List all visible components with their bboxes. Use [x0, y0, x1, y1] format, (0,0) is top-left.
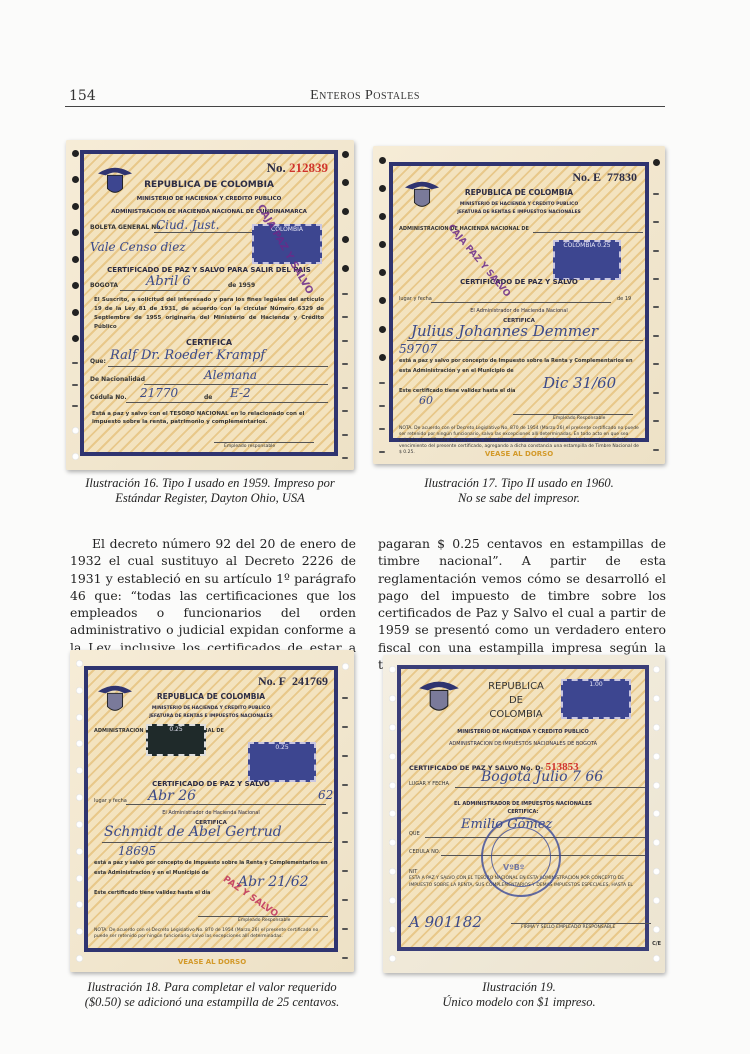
handwritten-validity: Dic 31/60 [543, 374, 616, 392]
office-line: ADMINISTRACION DE HACIENDA NACIONAL DE C… [84, 209, 334, 215]
certificate-image-16: No. 212839 REPUBLICA DE COLOMBIA MINISTE… [66, 140, 354, 470]
body-text-right: pagaran $ 0.25 centavos en estampillas d… [378, 535, 666, 673]
administrator-line: El Administrador de Hacienda Nacional [393, 308, 645, 314]
perforation-left [375, 146, 389, 464]
caption-18: Ilustración 18. Para completar el valor … [66, 980, 358, 1010]
certifica-heading: CERTIFICA [84, 338, 334, 347]
printed-stamp: 1.00 [561, 679, 631, 719]
que-label: QUE [409, 831, 420, 837]
page-header: 154 Enteros Postales [65, 86, 665, 106]
certificate-image-17: No. E 77830 REPUBLICA DE COLOMBIA MINIST… [373, 146, 665, 464]
handwritten-name: Schmidt de Abel Gertrud [104, 824, 282, 840]
handwritten-year: 62 [318, 788, 333, 802]
handwritten-date: Bogotá Julio 7 66 [481, 769, 603, 785]
certificate-image-18: No. F 241769 REPUBLICA DE COLOMBIA MINIS… [70, 650, 354, 972]
perforation-right [338, 650, 352, 972]
signature-label: Empleado Responsable [553, 416, 605, 422]
republic-title: REPUBLICA DE COLOMBIA [84, 180, 334, 190]
de-label: de [204, 394, 212, 401]
printed-stamp: COLOMBIA 0.25 [553, 240, 621, 280]
caption-line: Ilustración 17. Tipo II usado en 1960. [373, 476, 665, 491]
handwritten-number: 59707 [399, 342, 437, 356]
certificate-image-19: REPUBLICA DE COLOMBIA 1.00 MINISTERIO DE… [383, 655, 665, 973]
handwritten-nationality: Alemana [204, 368, 257, 382]
office-line: JEFATURA DE RENTAS E IMPUESTOS NACIONALE… [88, 714, 334, 719]
signature-label: Empleado Responsable [238, 918, 290, 924]
republic-title: REPUBLICA [471, 681, 561, 692]
legal-text: El Suscrito, a solicitud del interesado … [94, 296, 324, 332]
caption-line: Ilustración 16. Tipo I usado en 1959. Im… [66, 476, 354, 491]
ministry-line: MINISTERIO DE HACIENDA Y CREDITO PUBLICO [401, 729, 645, 735]
caption-line: Ilustración 19. [373, 980, 665, 995]
corner-mark: C/E [652, 941, 661, 947]
perforation-right [649, 146, 663, 464]
certificate-title: CERTIFICADO DE PAZ Y SALVO [393, 278, 645, 286]
caption-17: Ilustración 17. Tipo II usado en 1960. N… [373, 476, 665, 506]
administrator-line: El Administrador de Hacienda Nacional [88, 810, 334, 816]
added-stamp: 0.25 [146, 724, 206, 756]
place-date-label: lugar y fecha [399, 296, 432, 302]
caption-line: Estándar Register, Dayton Ohio, USA [66, 491, 354, 506]
year-label: de 19 [617, 296, 631, 302]
que-label: Que: [90, 358, 106, 365]
handwritten-year: 60 [419, 394, 433, 407]
serial-number: No. E 77830 [572, 170, 637, 185]
cedula-label: Cédula No. [90, 394, 127, 401]
ministry-line: MINISTERIO DE HACIENDA Y CREDITO PUBLICO [393, 202, 645, 207]
place-date-label: LUGAR Y FECHA [409, 781, 449, 787]
handwritten-date: Abril 6 [146, 274, 191, 289]
legal-note: NOTA. De acuerdo con el Decreto Legislat… [94, 928, 328, 940]
administrator-line: EL ADMINISTRADOR DE IMPUESTOS NACIONALES [401, 801, 645, 807]
statement-text: está a paz y salvo por concepto de Impue… [399, 356, 639, 376]
handwritten-date: Abr 26 [148, 788, 196, 804]
city-label: BOGOTA [90, 282, 118, 289]
caption-line: No se sabe del impresor. [373, 491, 665, 506]
header-rule [65, 106, 665, 107]
place-date-label: lugar y fecha [94, 798, 127, 804]
republic-title: REPUBLICA DE COLOMBIA [88, 692, 334, 701]
footer-vease-al-dorso: VEASE AL DORSO [70, 958, 354, 966]
coat-of-arms-icon [417, 677, 461, 717]
nationality-label: De Nacionalidad [90, 376, 145, 383]
caption-line: Único modelo con $1 impreso. [373, 995, 665, 1010]
handwritten-name: Ralf Dr. Roeder Krampf [110, 348, 265, 363]
handwritten-name: Julius Johannes Demmer [411, 322, 598, 340]
perforation-right [338, 140, 352, 470]
handwritten-cedula-origin: E-2 [230, 386, 251, 400]
office-line: ADMINISTRACION DE IMPUESTOS NACIONALES D… [401, 741, 645, 747]
validity-label: Este certificado tiene validez hasta el … [94, 890, 210, 896]
boleta-label: BOLETA GENERAL No. [90, 224, 163, 231]
handwritten-number: 18695 [118, 844, 156, 858]
serial-number: No. 212839 [267, 160, 328, 176]
republic-title: COLOMBIA [471, 709, 561, 720]
paragraph: pagaran $ 0.25 centavos en estampillas d… [378, 535, 666, 673]
caption-line: Ilustración 18. Para completar el valor … [66, 980, 358, 995]
serial-number: No. F 241769 [258, 674, 328, 689]
handwritten-cedula: 21770 [140, 386, 178, 400]
signature-label: Empleado responsable [224, 444, 275, 450]
validity-label: Este certificado tiene validez hasta el … [399, 388, 515, 394]
caption-16: Ilustración 16. Tipo I usado en 1959. Im… [66, 476, 354, 506]
running-title: Enteros Postales [65, 88, 665, 104]
caption-19: Ilustración 19. Único modelo con $1 impr… [373, 980, 665, 1010]
handwritten-number: A 901182 [409, 913, 482, 931]
circular-seal: VºBº [481, 817, 561, 897]
cedula-label: CEDULA NO. [409, 849, 440, 855]
certifica-heading: CERTIFICA: [401, 809, 645, 815]
cancel-stamp: CAJA PAZ Y SALVO [446, 223, 512, 299]
caption-line: ($0.50) se adicionó una estampilla de 25… [66, 995, 358, 1010]
perforation-right [649, 655, 663, 973]
admin-label: ADMINISTRACION DE HACIENDA NACIONAL DE [399, 226, 529, 232]
handwritten-validity: Abr 21/62 [238, 874, 309, 890]
statement-text: Está a paz y salvo con el TESORO NACIONA… [92, 410, 326, 426]
ministry-line: MINISTERIO DE HACIENDA Y CREDITO PUBLICO [88, 706, 334, 711]
signature-label: FIRMA Y SELLO EMPLEADO RESPONSABLE [521, 925, 615, 931]
office-line: JEFATURA DE RENTAS E IMPUESTOS NACIONALE… [393, 210, 645, 215]
printed-stamp: 0.25 [248, 742, 316, 782]
ministry-line: MINISTERIO DE HACIENDA Y CREDITO PUBLICO [84, 196, 334, 202]
year-label: de 1959 [228, 282, 255, 289]
republic-title: REPUBLICA DE COLOMBIA [393, 188, 645, 197]
footer-vease-al-dorso: VEASE AL DORSO [373, 450, 665, 458]
certificate-title: CERTIFICADO DE PAZ Y SALVO [88, 780, 334, 788]
republic-title: DE [471, 695, 561, 706]
